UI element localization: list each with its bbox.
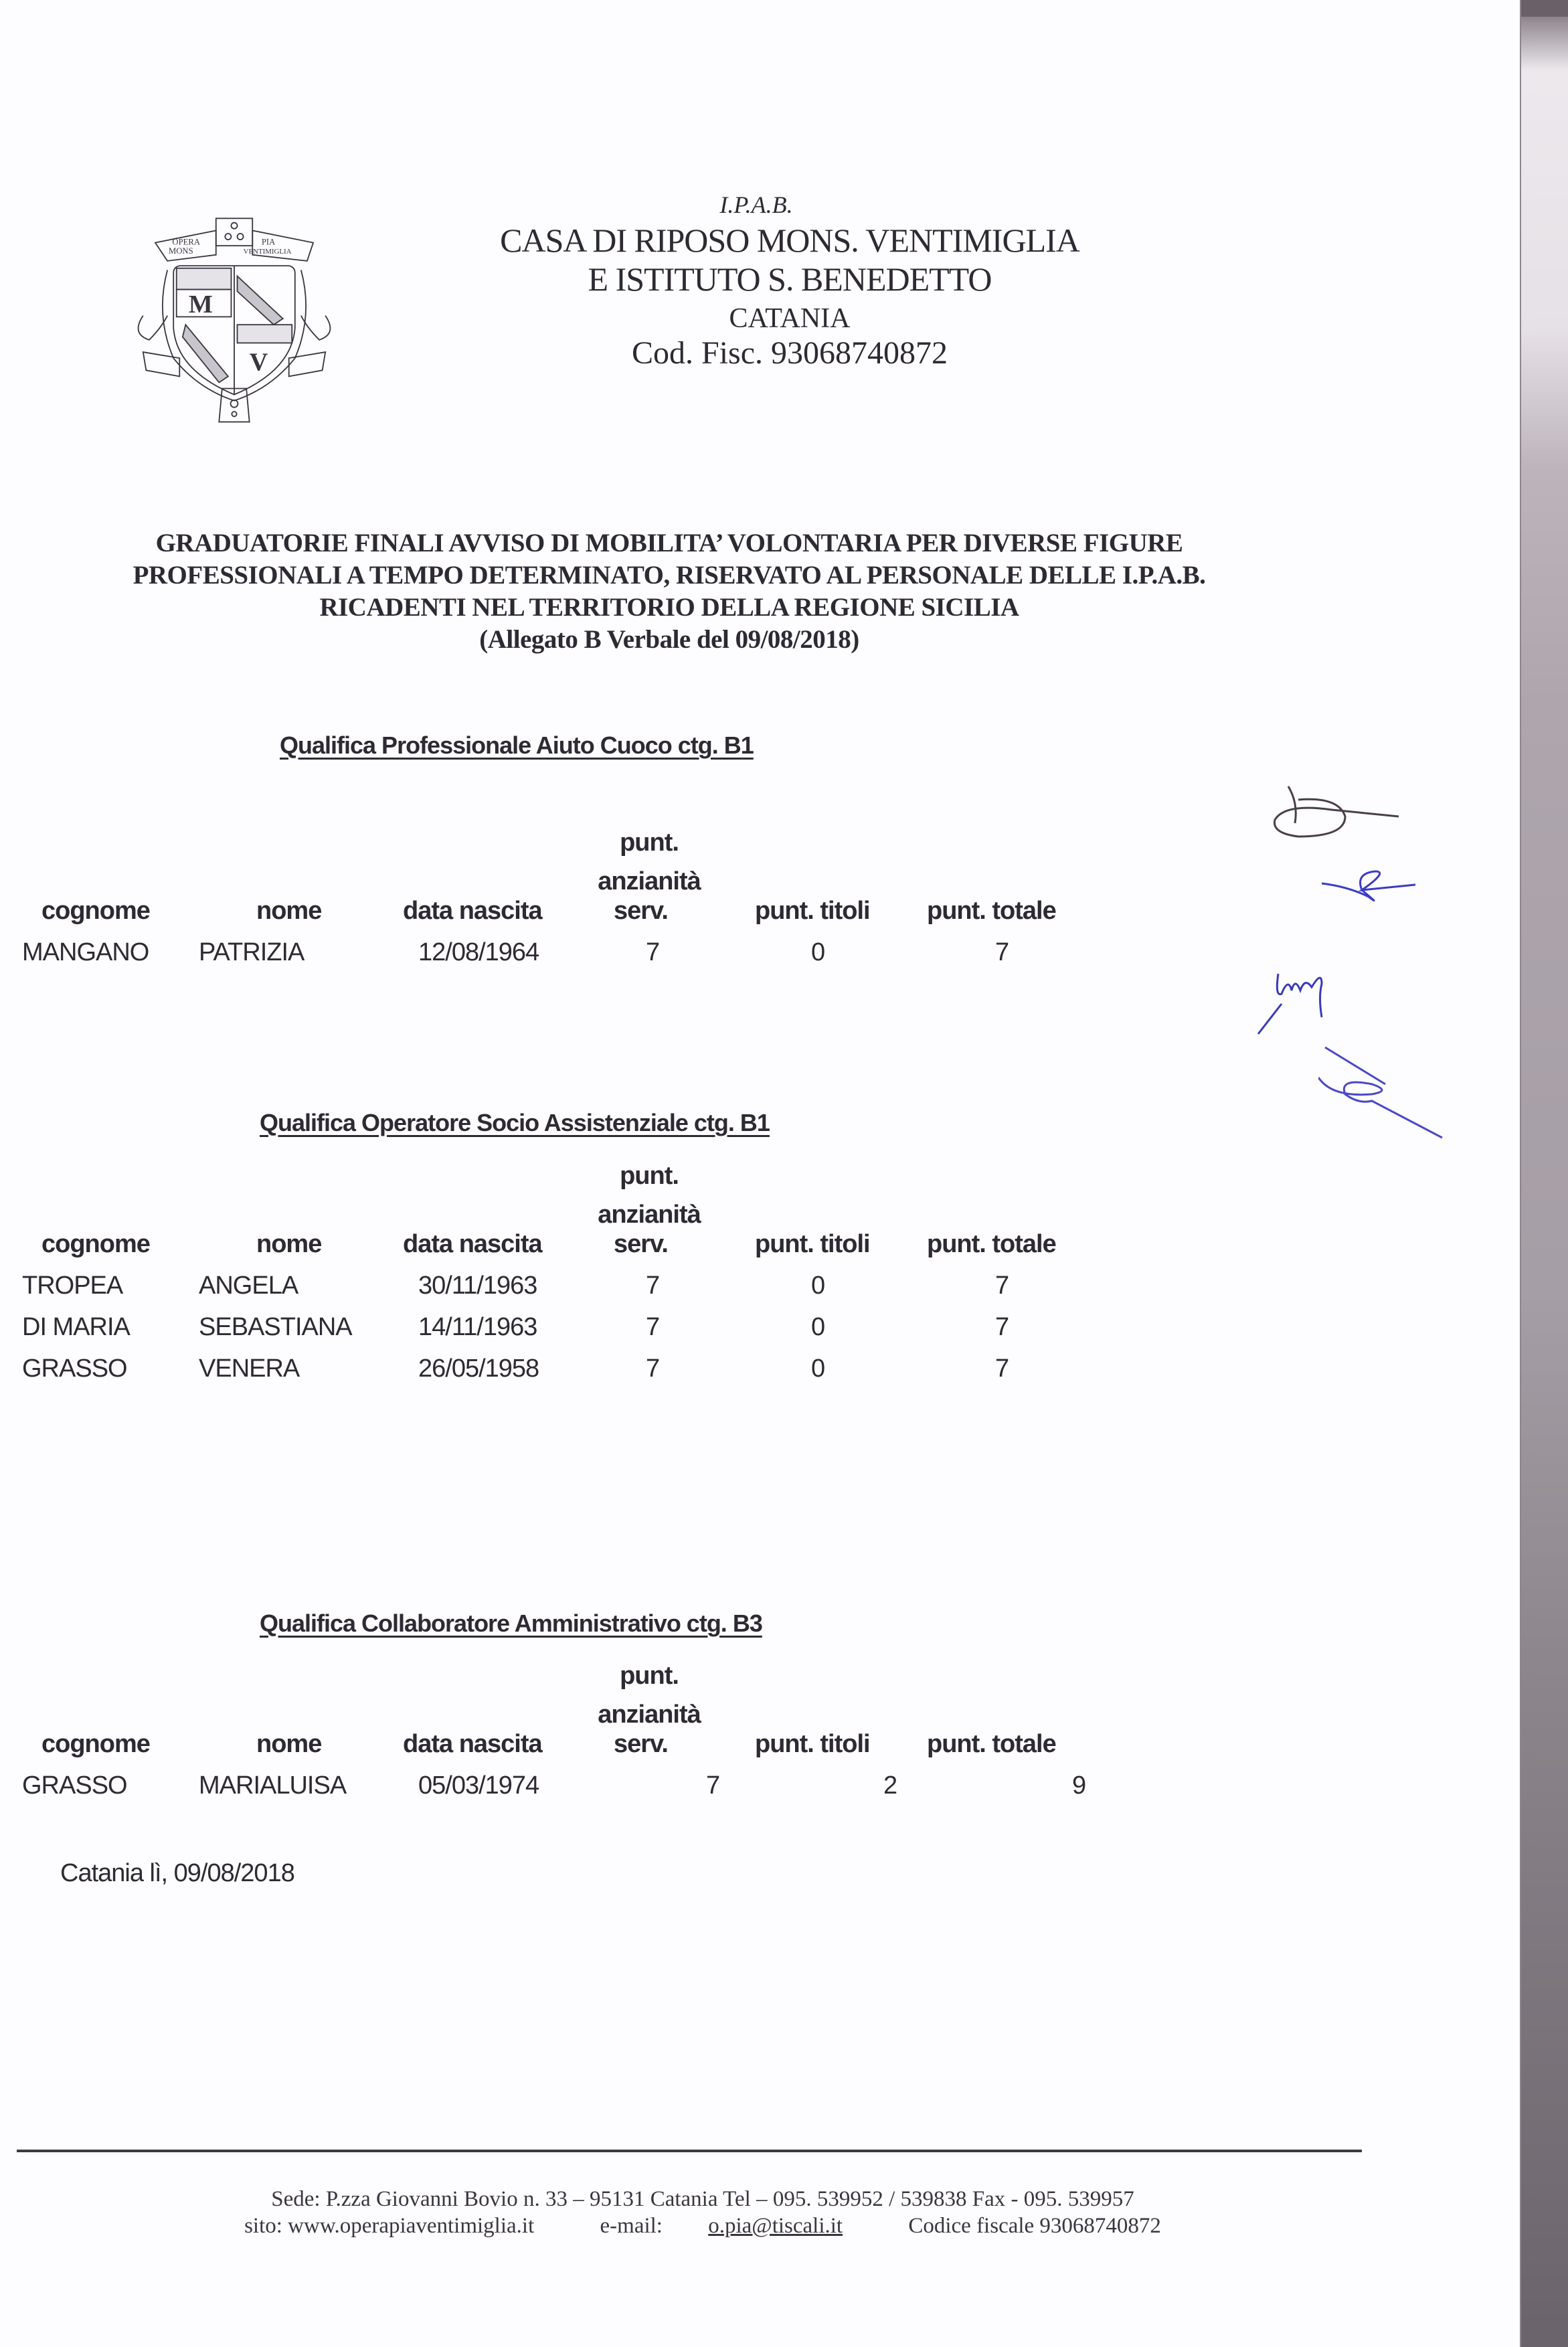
column-header-punt-titoli: punt. titoli [755, 1230, 870, 1259]
institution-crest-logo: OPERA MONS PIA VENTIMIGLIA M V [130, 194, 338, 425]
column-header-nome: nome [256, 1730, 321, 1759]
footer-contact-line: sito: www.operapiaventimiglia.it e-mail:… [134, 2214, 1272, 2239]
column-header-serv: serv. [614, 1230, 668, 1259]
column-header-serv: serv. [614, 1730, 668, 1759]
footer-email-link[interactable]: o.pia@tiscali.it [708, 2214, 843, 2238]
signature-1 [1258, 776, 1412, 850]
column-header-punt-totale: punt. totale [927, 897, 1056, 926]
section-title-collaboratore-amministrativo: Qualifica Collaboratore Amministrativo c… [260, 1610, 762, 1638]
column-header-punt-totale: punt. totale [927, 1230, 1056, 1259]
column-header-punt-titoli: punt. titoli [755, 897, 870, 926]
organization-tax-code: Cod. Fisc. 93068740872 [522, 335, 1057, 371]
document-title: GRADUATORIE FINALI AVVISO DI MOBILITA’ V… [67, 527, 1272, 656]
column-header-data-nascita: data nascita [403, 1730, 542, 1759]
title-line-3: RICADENTI NEL TERRITORIO DELLA REGIONE S… [67, 592, 1272, 624]
column-header-nome: nome [256, 1230, 321, 1259]
footer-tax-code: Codice fiscale 93068740872 [908, 2214, 1161, 2238]
title-line-1: GRADUATORIE FINALI AVVISO DI MOBILITA’ V… [67, 527, 1272, 559]
svg-text:PIA: PIA [262, 237, 276, 246]
footer-website[interactable]: sito: www.operapiaventimiglia.it [244, 2214, 534, 2238]
signature-2 [1322, 870, 1422, 910]
title-line-2: PROFESSIONALI A TEMPO DETERMINATO, RISER… [67, 559, 1272, 592]
signature-4 [1318, 1044, 1452, 1144]
section-title-aiuto-cuoco: Qualifica Professionale Aiuto Cuoco ctg.… [280, 731, 754, 760]
footer-email-block: e-mail: o.pia@tiscali.it [580, 2214, 863, 2238]
organization-name-line2: E ISTITUTO S. BENEDETTO [468, 260, 1111, 298]
column-header-cognome: cognome [41, 1230, 150, 1259]
organization-city: CATANIA [602, 302, 977, 335]
column-header-punt-totale: punt. totale [927, 1730, 1056, 1759]
signature-3 [1255, 957, 1355, 1037]
column-header-serv: serv. [614, 897, 668, 926]
organization-name-line1: CASA DI RIPOSO MONS. VENTIMIGLIA [468, 221, 1111, 260]
footer-divider [17, 2150, 1362, 2152]
svg-text:MONS: MONS [169, 246, 193, 256]
column-header-data-nascita: data nascita [403, 897, 542, 926]
footer-address-line: Sede: P.zza Giovanni Bovio n. 33 – 95131… [134, 2187, 1272, 2212]
column-header-nome: nome [256, 897, 321, 926]
column-header-anzianita: punt. anzianità [582, 823, 716, 901]
svg-text:M: M [189, 290, 213, 319]
title-line-4: (Allegato B Verbale del 09/08/2018) [67, 624, 1272, 656]
column-header-anzianita: punt. anzianità [582, 1156, 716, 1234]
column-header-punt-titoli: punt. titoli [755, 1730, 870, 1759]
column-header-cognome: cognome [41, 1730, 150, 1759]
column-header-data-nascita: data nascita [403, 1230, 542, 1259]
column-header-anzianita: punt. anzianità [582, 1656, 716, 1734]
column-header-cognome: cognome [41, 897, 150, 926]
scanner-edge-shadow [1520, 0, 1568, 2347]
section-title-operatore-socio-assistenziale: Qualifica Operatore Socio Assistenziale … [260, 1109, 770, 1137]
ipab-label: I.P.A.B. [689, 191, 823, 219]
svg-text:V: V [250, 348, 268, 376]
svg-text:OPERA: OPERA [172, 237, 200, 246]
place-and-date: Catania lì, 09/08/2018 [60, 1859, 294, 1888]
svg-text:VENTIMIGLIA: VENTIMIGLIA [244, 248, 292, 256]
